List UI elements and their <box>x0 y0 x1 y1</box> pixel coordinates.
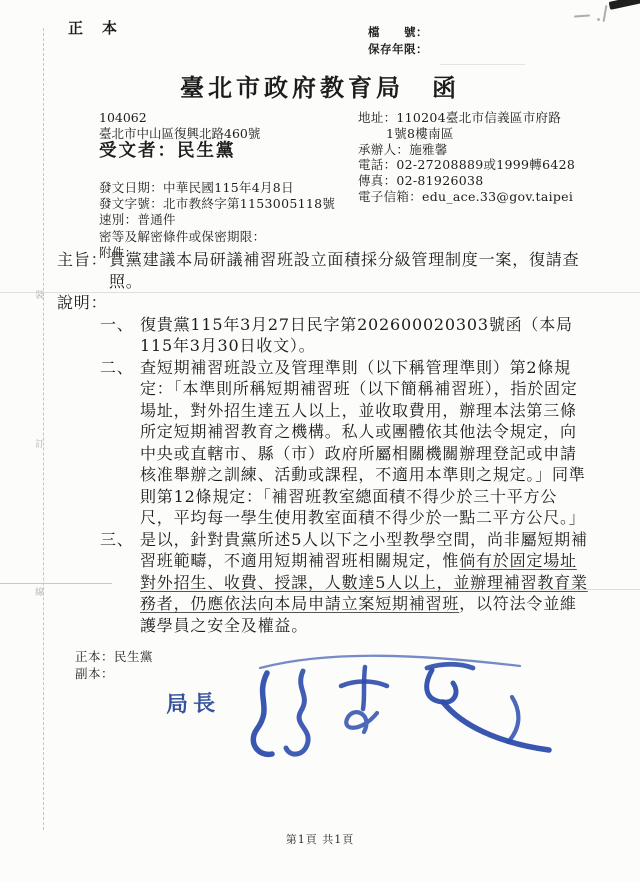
pencil-mark <box>574 14 590 17</box>
scan-artifact-line <box>440 64 525 65</box>
item-text: 查短期補習班設立及管理準則（以下稱管理準則）第2條規定：「本準則所稱短期補習班（… <box>140 357 589 529</box>
pencil-mark <box>603 5 608 22</box>
page-number: 第1頁 共1頁 <box>0 831 640 847</box>
sender-phone: 電話：02-27208889或1999轉6428 <box>358 157 575 173</box>
pencil-mark <box>597 18 600 21</box>
item-number: 一、 <box>100 314 140 357</box>
explanation-label: 說明： <box>57 292 589 314</box>
binding-mark-xian: 線 <box>35 585 44 598</box>
subject-text: 貴黨建議本局研議補習班設立面積採分級管理制度一案，復請查照。 <box>109 249 589 292</box>
dispatch-security: 密等及解密條件或保密期限： <box>99 229 335 245</box>
explanation-item-3: 三、 是以，針對貴黨所述5人以下之小型教學空間，尚非屬短期補習班範疇，不適用短期… <box>57 529 589 637</box>
subject-label: 主旨： <box>57 249 109 292</box>
dispatch-speed: 速別：普通件 <box>99 212 335 228</box>
subject-row: 主旨： 貴黨建議本局研議補習班設立面積採分級管理制度一案，復請查照。 <box>57 249 589 292</box>
binding-dotted-line <box>43 28 44 830</box>
item-text: 是以，針對貴黨所述5人以下之小型教學空間，尚非屬短期補習班範疇，不適用短期補習班… <box>140 529 589 637</box>
recipient-zip: 104062 <box>99 110 260 126</box>
scan-corner-mark <box>609 0 640 10</box>
signature-title: 局長 <box>166 686 221 718</box>
document-title: 臺北市政府教育局 函 <box>0 68 640 103</box>
sender-address-2: 1號8樓南區 <box>358 126 575 142</box>
retention-label: 保存年限： <box>368 41 428 58</box>
sender-contact-person: 承辦人：施雅馨 <box>358 142 575 158</box>
scanned-official-letter: 裝 訂 線 正 本 檔 號： 保存年限： 臺北市政府教育局 函 104062 臺… <box>0 0 640 882</box>
explanation-item-2: 二、 查短期補習班設立及管理準則（以下稱管理準則）第2條規定：「本準則所稱短期補… <box>57 357 589 529</box>
letter-body: 主旨： 貴黨建議本局研議補習班設立面積採分級管理制度一案，復請查照。 說明： 一… <box>57 249 589 682</box>
recipient-address: 臺北市中山區復興北路460號 <box>99 126 260 142</box>
recipient-name: 受文者：民生黨 <box>99 144 260 160</box>
sender-info-block: 地址：110204臺北市信義區市府路 1號8樓南區 承辦人：施雅馨 電話：02-… <box>358 110 575 205</box>
dispatch-number: 發文字號：北市教終字第1153005118號 <box>99 196 335 212</box>
item-number: 二、 <box>100 357 140 529</box>
commissioner-signature-ink <box>215 645 565 780</box>
explanation-item-1: 一、 復貴黨115年3月27日民字第202600020303號函（本局115年3… <box>57 314 589 357</box>
copy-type-label: 正 本 <box>68 17 119 38</box>
sender-fax: 傳真：02-81926038 <box>358 173 575 189</box>
binding-mark-ding: 訂 <box>35 437 44 450</box>
file-number-block: 檔 號： 保存年限： <box>368 24 428 58</box>
dispatch-date: 發文日期：中華民國115年4月8日 <box>99 180 335 196</box>
item-text: 復貴黨115年3月27日民字第202600020303號函（本局115年3月30… <box>140 314 589 357</box>
item-number: 三、 <box>100 529 140 637</box>
recipient-block: 104062 臺北市中山區復興北路460號 受文者：民生黨 <box>99 110 260 160</box>
binding-mark-zhuang: 裝 <box>35 288 44 301</box>
file-no-label: 檔 號： <box>368 24 428 41</box>
sender-address-1: 地址：110204臺北市信義區市府路 <box>358 110 575 126</box>
sender-email: 電子信箱：edu_ace.33@gov.taipei <box>358 189 575 205</box>
